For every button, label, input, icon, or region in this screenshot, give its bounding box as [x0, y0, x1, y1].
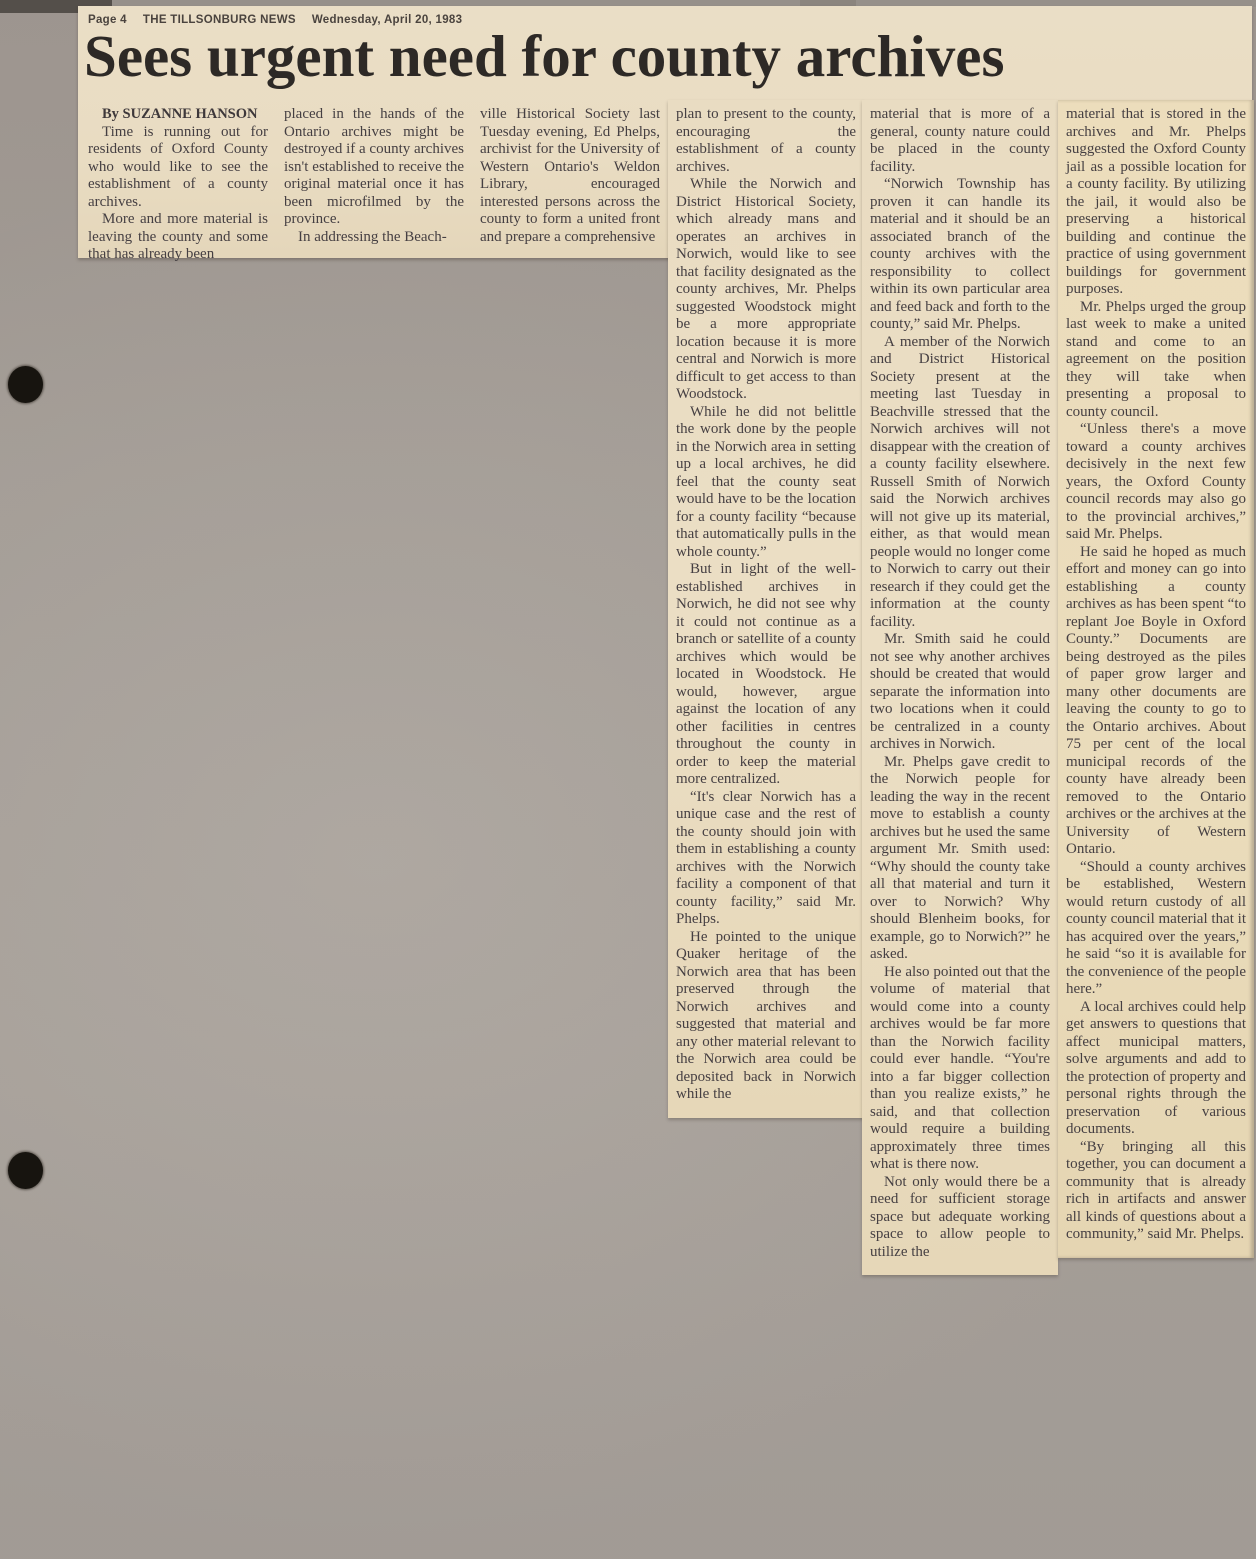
hole-punch-dot-bottom [8, 1152, 43, 1189]
article-paragraph: A member of the Norwich and District His… [870, 334, 1050, 632]
article-paragraph: material that is more of a general, coun… [870, 106, 1050, 176]
article-paragraph: “By bringing all this together, you can … [1066, 1139, 1246, 1244]
article-column-2: placed in the hands of the Ontario archi… [276, 100, 472, 260]
article-paragraph: While the Norwich and District Historica… [676, 176, 856, 404]
article-paragraph: He also pointed out that the volume of m… [870, 964, 1050, 1174]
article-column-1: By SUZANNE HANSON Time is running out fo… [80, 100, 276, 278]
article-paragraph: A local archives could help get answers … [1066, 999, 1246, 1139]
hole-punch-dot-top [8, 366, 43, 403]
article-paragraph: Mr. Phelps urged the group last week to … [1066, 299, 1246, 422]
article-paragraph: placed in the hands of the Ontario archi… [284, 106, 464, 229]
article-paragraph: “It's clear Norwich has a unique case an… [676, 789, 856, 929]
article-paragraph: In addressing the Beach- [284, 229, 464, 247]
article-paragraph: Not only would there be a need for suffi… [870, 1174, 1050, 1262]
article-paragraph: Time is running out for residents of Oxf… [88, 124, 268, 212]
article-paragraph: While he did not belittle the work done … [676, 404, 856, 562]
article-column-5: material that is more of a general, coun… [862, 100, 1058, 1275]
article-paragraph: material that is stored in the archives … [1066, 106, 1246, 299]
article-paragraph: But in light of the well-established arc… [676, 561, 856, 789]
article-paragraph: “Norwich Township has proven it can hand… [870, 176, 1050, 334]
article-paragraph: plan to present to the county, encouragi… [676, 106, 856, 176]
article-paragraph: ville Historical Society last Tuesday ev… [480, 106, 660, 246]
article-paragraph: “Unless there's a move toward a county a… [1066, 421, 1246, 544]
article-paragraph: More and more material is leaving the co… [88, 211, 268, 264]
article-paragraph: He pointed to the unique Quaker heritage… [676, 929, 856, 1104]
article-byline: By SUZANNE HANSON [88, 106, 268, 124]
article-headline: Sees urgent need for county archives [84, 26, 1248, 88]
article-paragraph: Mr. Smith said he could not see why anot… [870, 631, 1050, 754]
article-paragraph: Mr. Phelps gave credit to the Norwich pe… [870, 754, 1050, 964]
article-paragraph: He said he hoped as much effort and mone… [1066, 544, 1246, 859]
article-paragraph: “Should a county archives be established… [1066, 859, 1246, 999]
article-column-4: plan to present to the county, encouragi… [668, 100, 864, 1118]
article-column-3: ville Historical Society last Tuesday ev… [472, 100, 668, 260]
article-column-6: material that is stored in the archives … [1058, 100, 1254, 1258]
